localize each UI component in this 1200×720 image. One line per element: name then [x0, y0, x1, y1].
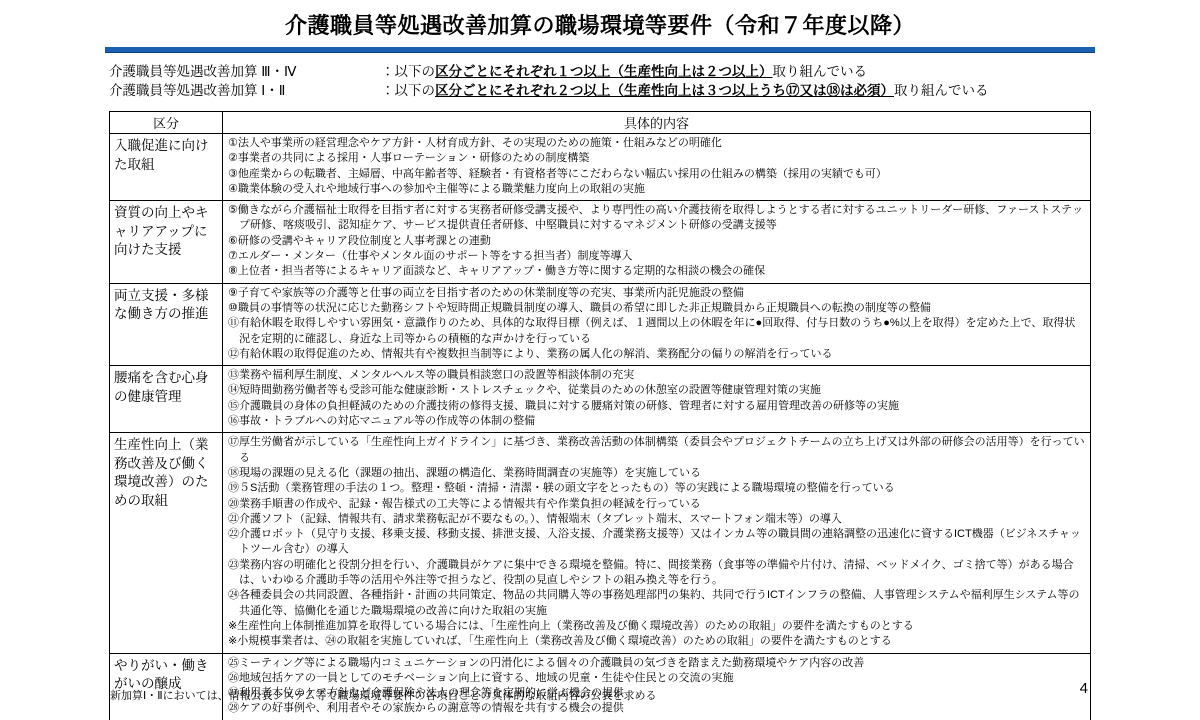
requirement-item: ⑫有給休暇の取得促進のため、情報共有や複数担当制等により、業務の属人化の解消、業…: [228, 347, 1086, 362]
requirement-item: ⑳業務手順書の作成や、記録・報告様式の工夫等による情報共有や作業負担の軽減を行っ…: [228, 497, 1086, 512]
requirement-item: ⑲５S活動（業務管理の手法の１つ。整理・整頓・清掃・清潔・躾の頭文字をとったもの…: [228, 481, 1086, 496]
table-row: 資質の向上やキャリアアップに向けた支援⑤働きながら介護福祉士取得を目指す者に対す…: [110, 201, 1091, 283]
table-row: 生産性向上（業務改善及び働く環境改善）のための取組⑰厚生労働省が示している「生産…: [110, 433, 1091, 653]
requirement-item: ③他産業からの転職者、主婦層、中高年齢者等、経験者・有資格者等にこだわらない幅広…: [228, 167, 1086, 182]
document-page: 介護職員等処遇改善加算の職場環境等要件（令和７年度以降） 介護職員等処遇改善加算…: [0, 0, 1200, 720]
intro-line-addition-1-2: 介護職員等処遇改善加算 Ⅰ・Ⅱ ：以下の区分ごとにそれぞれ２つ以上（生産性向上は…: [109, 81, 1091, 100]
table-header-row: 区分 具体的内容: [110, 112, 1091, 134]
intro-label: 介護職員等処遇改善加算 Ⅲ・Ⅳ: [109, 62, 381, 81]
items-cell: ①法人や事業所の経営理念やケア方針・人材育成方針、その実現のための施策・仕組みな…: [223, 134, 1091, 201]
intro-line-addition-3-4: 介護職員等処遇改善加算 Ⅲ・Ⅳ ：以下の区分ごとにそれぞれ１つ以上（生産性向上は…: [109, 62, 1091, 81]
requirement-item: ⑰厚生労働省が示している「生産性向上ガイドライン」に基づき、業務改善活動の体制構…: [228, 435, 1086, 466]
requirement-item: ㉑介護ソフト（記録、情報共有、請求業務転記が不要なもの。）、情報端末（タブレット…: [228, 512, 1086, 527]
requirement-item: ⑧上位者・担当者等によるキャリア面談など、キャリアアップ・働き方等に関する定期的…: [228, 264, 1086, 279]
requirement-item: ㉕ミーティング等による職場内コミュニケーションの円滑化による個々の介護職員の気づ…: [228, 656, 1086, 671]
intro-section: 介護職員等処遇改善加算 Ⅲ・Ⅳ ：以下の区分ごとにそれぞれ１つ以上（生産性向上は…: [109, 62, 1091, 100]
requirements-table: 区分 具体的内容 入職促進に向けた取組①法人や事業所の経営理念やケア方針・人材育…: [109, 111, 1091, 720]
requirement-item: ⑭短時間勤務労働者等も受診可能な健康診断・ストレスチェックや、従業員のための休憩…: [228, 383, 1086, 398]
table-row: 両立支援・多様な働き方の推進⑨子育てや家族等の介護等と仕事の両立を目指す者のため…: [110, 283, 1091, 365]
requirement-item: ㉒介護ロボット（見守り支援、移乗支援、移動支援、排泄支援、入浴支援、介護業務支援…: [228, 527, 1086, 558]
title-underline-rule: [105, 47, 1095, 53]
requirement-item: ⑬業務や福利厚生制度、メンタルヘルス等の職員相談窓口の設置等相談体制の充実: [228, 368, 1086, 383]
requirement-item: ⑨子育てや家族等の介護等と仕事の両立を目指す者のための休業制度等の充実、事業所内…: [228, 286, 1086, 301]
requirement-item: ⑦エルダー・メンター（仕事やメンタル面のサポート等をする担当者）制度等導入: [228, 249, 1086, 264]
category-cell: 生産性向上（業務改善及び働く環境改善）のための取組: [110, 433, 223, 653]
category-cell: 入職促進に向けた取組: [110, 134, 223, 201]
requirement-item: ⑥研修の受講やキャリア段位制度と人事考課との連動: [228, 234, 1086, 249]
column-header-category: 区分: [110, 112, 223, 134]
requirement-item: ②事業者の共同による採用・人事ローテーション・研修のための制度構築: [228, 151, 1086, 166]
requirement-item: ⑤働きながら介護福祉士取得を目指す者に対する実務者研修受講支援や、より専門性の高…: [228, 203, 1086, 234]
items-cell: ⑨子育てや家族等の介護等と仕事の両立を目指す者のための休業制度等の充実、事業所内…: [223, 283, 1091, 365]
items-cell: ⑬業務や福利厚生制度、メンタルヘルス等の職員相談窓口の設置等相談体制の充実⑭短時…: [223, 366, 1091, 433]
requirement-item: ④職業体験の受入れや地域行事への参加や主催等による職業魅力度向上の取組の実施: [228, 182, 1086, 197]
intro-text: ：以下の区分ごとにそれぞれ１つ以上（生産性向上は２つ以上）取り組んでいる: [381, 62, 867, 81]
category-cell: 両立支援・多様な働き方の推進: [110, 283, 223, 365]
requirement-item: ㉓業務内容の明確化と役割分担を行い、介護職員がケアに集中できる環境を整備。特に、…: [228, 558, 1086, 589]
category-cell: 資質の向上やキャリアアップに向けた支援: [110, 201, 223, 283]
items-cell: ⑰厚生労働省が示している「生産性向上ガイドライン」に基づき、業務改善活動の体制構…: [223, 433, 1091, 653]
table-row: 入職促進に向けた取組①法人や事業所の経営理念やケア方針・人材育成方針、その実現の…: [110, 134, 1091, 201]
requirement-item: ㉔各種委員会の共同設置、各種指針・計画の共同策定、物品の共同購入等の事務処理部門…: [228, 588, 1086, 619]
intro-emphasis: 区分ごとにそれぞれ２つ以上（生産性向上は３つ以上うち⑰又は⑱は必須）: [435, 83, 894, 98]
requirement-item: ⑪有給休暇を取得しやすい雰囲気・意識作りのため、具体的な取得目標（例えば、１週間…: [228, 316, 1086, 347]
footer-note: 新加算Ⅰ・Ⅱにおいては、情報公表システム等で職場環境等要件の各項目ごとの具体的な…: [110, 687, 657, 703]
requirement-item: ⑯事故・トラブルへの対応マニュアル等の作成等の体制の整備: [228, 414, 1086, 429]
requirement-item: ⑱現場の課題の見える化（課題の抽出、課題の構造化、業務時間調査の実施等）を実施し…: [228, 466, 1086, 481]
requirement-item: ⑮介護職員の身体の負担軽減のための介護技術の修得支援、職員に対する腰痛対策の研修…: [228, 399, 1086, 414]
intro-text: ：以下の区分ごとにそれぞれ２つ以上（生産性向上は３つ以上うち⑰又は⑱は必須）取り…: [381, 81, 989, 100]
requirement-item: ㉘ケアの好事例や、利用者やその家族からの謝意等の情報を共有する機会の提供: [228, 701, 1086, 716]
intro-emphasis: 区分ごとにそれぞれ１つ以上（生産性向上は２つ以上）: [435, 64, 773, 79]
requirement-item: ※小規模事業者は、㉔の取組を実施していれば、「生産性向上（業務改善及び働く環境改…: [228, 634, 1086, 649]
items-cell: ⑤働きながら介護福祉士取得を目指す者に対する実務者研修受講支援や、より専門性の高…: [223, 201, 1091, 283]
requirement-item: ㉖地域包括ケアの一員としてのモチベーション向上に資する、地域の児童・生徒や住民と…: [228, 671, 1086, 686]
column-header-details: 具体的内容: [223, 112, 1091, 134]
table-row: 腰痛を含む心身の健康管理⑬業務や福利厚生制度、メンタルヘルス等の職員相談窓口の設…: [110, 366, 1091, 433]
requirement-item: ①法人や事業所の経営理念やケア方針・人材育成方針、その実現のための施策・仕組みな…: [228, 136, 1086, 151]
requirement-item: ⑩職員の事情等の状況に応じた勤務シフトや短時間正規職員制度の導入、職員の希望に即…: [228, 301, 1086, 316]
table-body: 入職促進に向けた取組①法人や事業所の経営理念やケア方針・人材育成方針、その実現の…: [110, 134, 1091, 720]
category-cell: 腰痛を含む心身の健康管理: [110, 366, 223, 433]
page-number: 4: [1080, 680, 1088, 697]
requirement-item: ※生産性向上体制推進加算を取得している場合には、「生産性向上（業務改善及び働く環…: [228, 619, 1086, 634]
page-title: 介護職員等処遇改善加算の職場環境等要件（令和７年度以降）: [0, 0, 1200, 40]
intro-label: 介護職員等処遇改善加算 Ⅰ・Ⅱ: [109, 81, 381, 100]
